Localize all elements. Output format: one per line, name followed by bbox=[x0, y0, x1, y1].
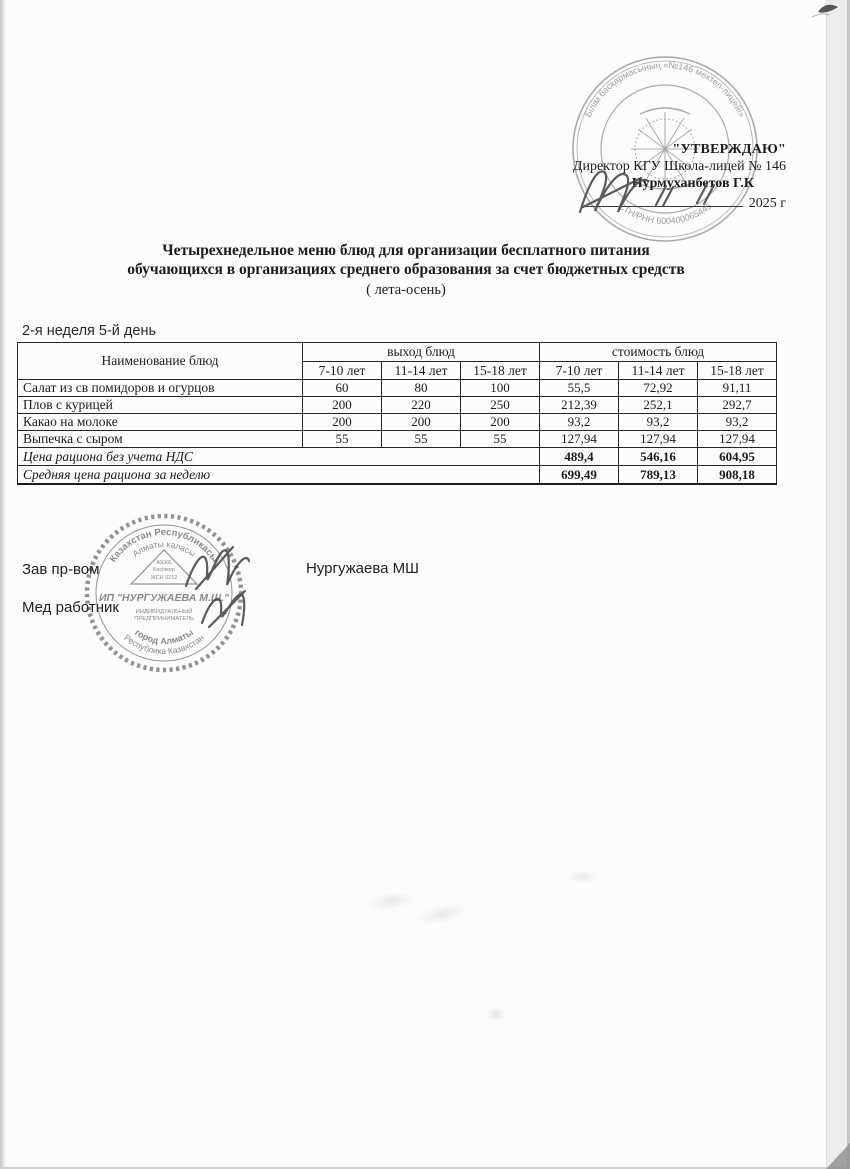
cell-value: 80 bbox=[382, 380, 461, 397]
dish-name: Плов с курицей bbox=[18, 397, 303, 414]
signatory-name: Нургужаева МШ bbox=[306, 560, 419, 577]
cell-value: 93,2 bbox=[619, 414, 698, 431]
col-header-dish-name: Наименование блюд bbox=[18, 343, 303, 380]
svg-text:Білім басқармасының «№146 мект: Білім басқармасының «№146 мектеп-лицейі» bbox=[583, 60, 747, 119]
cell-value: 55 bbox=[303, 431, 382, 448]
document-title: Четырехнедельное меню блюд для организац… bbox=[0, 241, 812, 300]
scan-smudge bbox=[367, 889, 415, 913]
cell-value: 200 bbox=[303, 397, 382, 414]
age-header: 7-10 лет bbox=[540, 362, 619, 380]
stamp-individual-line2: ПРЕДПРИНИМАТЕЛЬ bbox=[134, 616, 194, 622]
cell-value: 252,1 bbox=[619, 397, 698, 414]
scan-smudge bbox=[486, 1006, 506, 1022]
signature-year-line: 2025 г bbox=[573, 194, 786, 212]
stamp-inner-zhsn: ЖСН 6212 bbox=[151, 575, 178, 581]
table-summary-row: Средняя цена рациона за неделю 699,49 78… bbox=[18, 466, 777, 485]
table-row: Салат из св помидоров и огурцов 60 80 10… bbox=[18, 380, 777, 397]
cell-value: 60 bbox=[303, 380, 382, 397]
cell-value: 127,94 bbox=[540, 431, 619, 448]
table-row: Плов с курицей 200 220 250 212,39 252,1 … bbox=[18, 397, 777, 414]
cell-value: 93,2 bbox=[540, 414, 619, 431]
title-line-1: Четырехнедельное меню блюд для организац… bbox=[0, 241, 812, 260]
signature-underline bbox=[585, 194, 743, 207]
col-group-cost: стоимость блюд bbox=[540, 343, 777, 362]
director-line: Директор КГУ Школа-лицей № 146 bbox=[573, 158, 786, 175]
cell-value: 200 bbox=[461, 414, 540, 431]
title-line-3: ( лета-осень) bbox=[0, 281, 812, 300]
dish-name: Какао на молоке bbox=[18, 414, 303, 431]
scanned-menu-document: Білім басқармасының «№146 мектеп-лицейі»… bbox=[0, 0, 850, 1169]
cell-value: 212,39 bbox=[540, 397, 619, 414]
position-label-production-manager: Зав пр-вом bbox=[22, 561, 99, 578]
col-group-output: выход блюд bbox=[303, 343, 540, 362]
scan-edge-left bbox=[0, 0, 6, 1169]
summary-value: 546,16 bbox=[619, 448, 698, 466]
summary-value: 489,4 bbox=[540, 448, 619, 466]
cell-value: 72,92 bbox=[619, 380, 698, 397]
summary-value: 604,95 bbox=[698, 448, 777, 466]
cell-value: 91,11 bbox=[698, 380, 777, 397]
table-row: Выпечка с сыром 55 55 55 127,94 127,94 1… bbox=[18, 431, 777, 448]
cell-value: 55 bbox=[382, 431, 461, 448]
age-header: 11-14 лет bbox=[619, 362, 698, 380]
entrepreneur-round-stamp: Казахстан Республикасы Алматы каласы ЖЕК… bbox=[83, 512, 245, 674]
summary-value: 699,49 bbox=[540, 466, 619, 485]
week-day-label: 2-я неделя 5-й день bbox=[22, 323, 156, 339]
cell-value: 100 bbox=[461, 380, 540, 397]
summary-label: Средняя цена рациона за неделю bbox=[18, 466, 540, 485]
summary-value: 789,13 bbox=[619, 466, 698, 485]
table-header-groups: Наименование блюд выход блюд стоимость б… bbox=[18, 343, 777, 362]
approval-block: "УТВЕРЖДАЮ" Директор КГУ Школа-лицей № 1… bbox=[573, 141, 786, 212]
age-header: 15-18 лет bbox=[698, 362, 777, 380]
table-summary-row: Цена рациона без учета НДС 489,4 546,16 … bbox=[18, 448, 777, 466]
cell-value: 220 bbox=[382, 397, 461, 414]
year-label: 2025 г bbox=[749, 196, 786, 211]
menu-table: Наименование блюд выход блюд стоимость б… bbox=[17, 342, 777, 485]
cell-value: 250 bbox=[461, 397, 540, 414]
age-header: 11-14 лет bbox=[382, 362, 461, 380]
cell-value: 55 bbox=[461, 431, 540, 448]
cell-value: 55,5 bbox=[540, 380, 619, 397]
table-row: Какао на молоке 200 200 200 93,2 93,2 93… bbox=[18, 414, 777, 431]
age-header: 15-18 лет bbox=[461, 362, 540, 380]
cell-value: 200 bbox=[382, 414, 461, 431]
director-name: Нурмуханбетов Г.К bbox=[573, 175, 786, 192]
stamp-inner-kasipker: Кәсіпкер bbox=[153, 567, 175, 573]
stamp-ring-text-top: Білім басқармасының «№146 мектеп-лицейі» bbox=[583, 60, 747, 119]
cell-value: 127,94 bbox=[619, 431, 698, 448]
cell-value: 292,7 bbox=[698, 397, 777, 414]
dish-name: Салат из св помидоров и огурцов bbox=[18, 380, 303, 397]
cell-value: 127,94 bbox=[698, 431, 777, 448]
dish-name: Выпечка с сыром bbox=[18, 431, 303, 448]
age-header: 7-10 лет bbox=[303, 362, 382, 380]
cell-value: 200 bbox=[303, 414, 382, 431]
summary-value: 908,18 bbox=[698, 466, 777, 485]
position-label-medical-worker: Мед работник bbox=[22, 599, 119, 616]
approve-label: "УТВЕРЖДАЮ" bbox=[573, 141, 786, 158]
title-line-2: обучающихся в организациях среднего обра… bbox=[0, 260, 812, 279]
stamp-individual-line1: ИНДИВИДУАЛЬНЫЙ bbox=[136, 607, 193, 615]
stamp-inner-zheke: ЖЕКЕ bbox=[156, 560, 172, 566]
cell-value: 93,2 bbox=[698, 414, 777, 431]
summary-label: Цена рациона без учета НДС bbox=[18, 448, 540, 466]
scan-smudge bbox=[415, 899, 470, 929]
scan-smudge bbox=[568, 870, 598, 884]
